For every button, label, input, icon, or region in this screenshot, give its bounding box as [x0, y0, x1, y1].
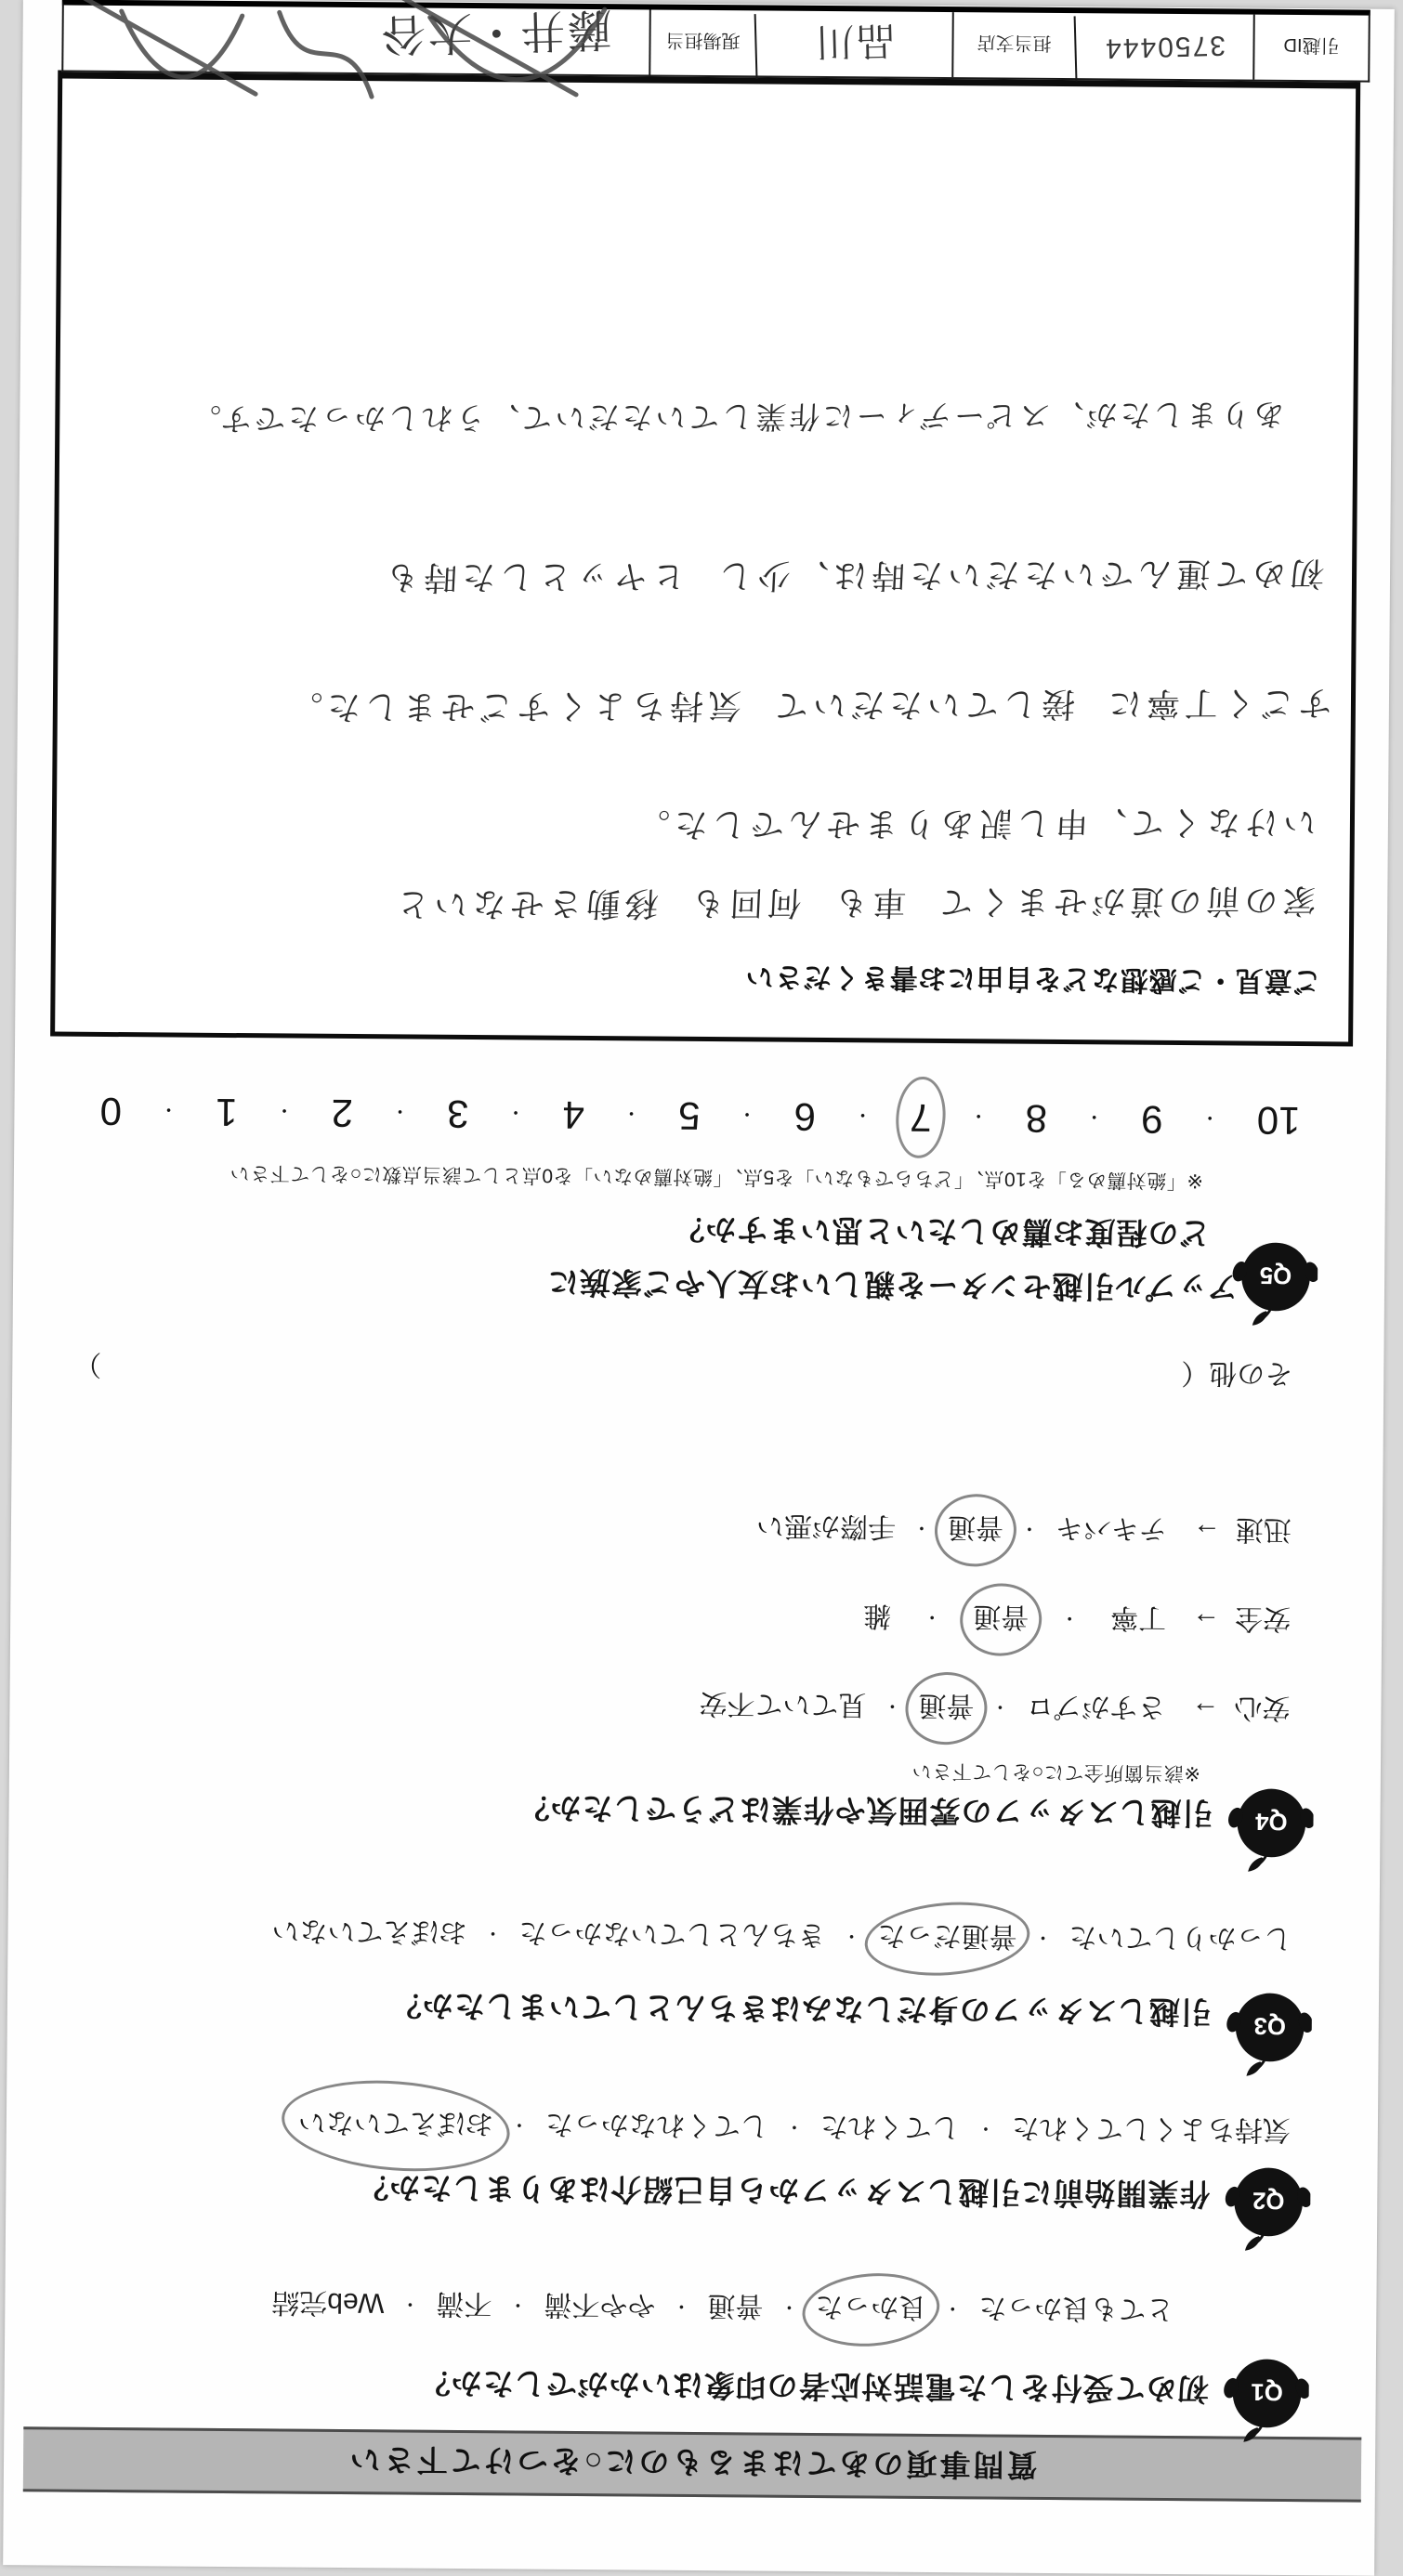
q4-other-label: その他（	[1181, 1355, 1292, 1397]
option-separator: ・	[1060, 1607, 1079, 1634]
q2-option-1: 気持ちよくしてくれた	[1012, 2111, 1291, 2153]
q3-badge-label: Q3	[1253, 2012, 1286, 2038]
nps-score-3: 3	[447, 1092, 469, 1136]
q4-row3-option-1: テキパキ	[1056, 1510, 1167, 1552]
option-separator: ・	[1033, 1926, 1052, 1953]
option-separator: ・	[780, 2295, 798, 2322]
q4-row2-option-2: 普通	[973, 1599, 1029, 1640]
q4-row3-option-3: 手際が悪い	[756, 1508, 896, 1550]
option-separator: ・	[483, 1922, 502, 1949]
q1-option-5: 不満	[436, 2286, 492, 2327]
q3-option-4: おぼえていない	[271, 1913, 466, 1955]
q4-row-jinsoku: 迅速 → テキパキ・ 普通・ 手際が悪い	[756, 1508, 1292, 1553]
scale-separator: ・	[1200, 1106, 1219, 1133]
q2-option-4: おぼえていない	[298, 2105, 493, 2148]
instruction-bar-text: 質問事項のあてはまるものに○をつけて下さい	[347, 2440, 1037, 2490]
q4-row1-option-3: 見ていて不安	[699, 1686, 866, 1728]
q1-options: とても良かった・ 良かった・ 普通・ やや不満・ 不満・ Web完結	[271, 2284, 1174, 2333]
scale-separator: ・	[275, 1099, 294, 1126]
option-separator: ・	[883, 1694, 901, 1721]
scale-separator: ・	[159, 1098, 177, 1125]
q5-title-line1: アップル引越センターを親しいお友人やご家族に	[547, 1262, 1238, 1312]
comment-box: ご意見・ご感想などを自由にお書きください 家の前の道がせまくて 車も 何回も 移…	[50, 71, 1360, 1047]
q3-option-1: しっかりしていた	[1069, 1919, 1292, 1962]
scale-separator: ・	[969, 1105, 988, 1131]
option-separator: ・	[510, 2113, 529, 2140]
q4-other-close-paren: ）	[73, 1347, 101, 1388]
scale-separator: ・	[853, 1104, 872, 1131]
nps-score-2: 2	[331, 1091, 353, 1135]
q5-mascot-icon: Q5	[1232, 1238, 1318, 1328]
q2-option-3: してくれなかった	[545, 2107, 768, 2150]
q1-option-3: 普通	[707, 2288, 763, 2329]
q1-option-2: 良かった	[815, 2289, 926, 2331]
option-separator: ・	[1020, 1517, 1039, 1544]
handwritten-line-4: 初めて運んでいただいた時は、少し ヒヤッとした時も	[380, 552, 1325, 603]
scale-separator: ・	[506, 1101, 525, 1128]
q4-title: 引越しスタッフの雰囲気や作業はどうでしたか？	[518, 1787, 1213, 1837]
option-separator: ・	[912, 1516, 931, 1543]
scale-separator: ・	[738, 1103, 756, 1130]
scale-separator: ・	[622, 1102, 640, 1129]
arrow-icon: →	[1192, 1605, 1220, 1637]
option-separator: ・	[508, 2294, 527, 2321]
q2-option-2: してくれた	[820, 2109, 960, 2151]
nps-score-1: 1	[216, 1090, 238, 1134]
q3-title: 引越しスタッフの身だしなみはきちんとしていましたか？	[390, 1985, 1212, 2035]
q4-row3-option-2: 普通	[948, 1510, 1003, 1550]
nps-score-4: 4	[562, 1092, 584, 1137]
branch-value: 品川	[754, 8, 953, 79]
handwritten-line-3: すごく丁寧に 接していただいて 気持ちよくすごせました。	[283, 681, 1333, 733]
handwritten-line-1: 家の前の道がせまくて 車も 何回も 移動させないと	[390, 879, 1317, 930]
instruction-bar: 質問事項のあてはまるものに○をつけて下さい	[23, 2426, 1362, 2502]
option-separator: ・	[785, 2115, 804, 2142]
option-separator: ・	[990, 1695, 1009, 1722]
option-separator: ・	[842, 1925, 860, 1952]
option-separator: ・	[943, 2297, 962, 2324]
q3-option-2: 普通だった	[877, 1918, 1016, 1960]
nps-score-6: 6	[793, 1094, 816, 1139]
option-separator: ・	[400, 2293, 419, 2320]
q1-title: 初めて受付をした電話対応者の印象はいかがでしたか？	[419, 2363, 1209, 2413]
q2-badge-label: Q2	[1252, 2187, 1285, 2213]
scale-separator: ・	[390, 1100, 409, 1127]
upside-down-sheet: 質問事項のあてはまるものに○をつけて下さい Q1 初めて受付をした電話対応者の印…	[0, 0, 1403, 2576]
q4-row2-option-1: 丁寧	[1110, 1600, 1166, 1641]
q3-mascot-icon: Q3	[1226, 1989, 1312, 2079]
q4-row1-category: 安心	[1234, 1691, 1290, 1732]
option-separator: ・	[672, 2295, 690, 2321]
nps-scale: 10・ 9・ 8・ 7・ 6・ 5・ 4・ 3・ 2・ 1・ 0	[99, 1089, 1300, 1143]
q4-row-anshin: 安心 → さすがプロ・ 普通・ 見ていて不安	[699, 1686, 1290, 1732]
q4-row-anzen: 安全 → 丁寧・ 普通・ 雑	[863, 1598, 1291, 1642]
q3-options: しっかりしていた・ 普通だった・ きちんとしていなかった・ おぼえていない	[271, 1913, 1292, 1962]
arrow-icon: →	[1193, 1516, 1221, 1548]
nps-score-9: 9	[1141, 1097, 1163, 1142]
q1-option-6: Web完結	[271, 2284, 384, 2326]
nps-score-7: 7	[910, 1095, 932, 1140]
signature-flourish-icon	[46, 0, 679, 112]
option-separator: ・	[977, 2117, 995, 2144]
nps-score-8: 8	[1026, 1096, 1048, 1141]
scanned-survey-screenshot: 質問事項のあてはまるものに○をつけて下さい Q1 初めて受付をした電話対応者の印…	[0, 0, 1403, 2576]
nps-score-0: 0	[99, 1089, 122, 1133]
option-separator: ・	[923, 1605, 941, 1632]
nps-score-10: 10	[1257, 1098, 1301, 1143]
q1-mascot-icon: Q1	[1223, 2355, 1309, 2445]
q4-badge-label: Q4	[1254, 1808, 1287, 1834]
comment-box-label: ご意見・ご感想などを自由にお書きください	[744, 959, 1320, 1004]
q5-badge-label: Q5	[1260, 1262, 1292, 1288]
q1-option-4: やや不満	[544, 2287, 655, 2329]
q2-options: 気持ちよくしてくれた・ してくれた・ してくれなかった・ おぼえていない	[298, 2105, 1291, 2153]
q2-title: 作業開始前に引越しスタッフから自己紹介はありましたか？	[357, 2167, 1210, 2217]
q5-title-line2: どの程度お薦めしたいと思いますか？	[673, 1210, 1210, 1258]
handwritten-line-5: ありましたが、スピーディーに作業していただいて、うれしかったです。	[186, 395, 1285, 443]
nps-score-5: 5	[678, 1093, 701, 1138]
q2-mascot-icon: Q2	[1225, 2164, 1311, 2254]
q3-option-3: きちんとしていなかった	[518, 1915, 825, 1958]
q4-row2-category: 安全	[1235, 1602, 1291, 1642]
branch-label: 担当支店	[951, 12, 1075, 78]
q1-option-1: とても良かった	[978, 2290, 1174, 2333]
q1-badge-label: Q1	[1251, 2378, 1283, 2404]
move-id-label: 引越ID	[1252, 15, 1369, 81]
q4-other-close: ）	[73, 1347, 101, 1388]
q4-row2-option-3: 雑	[863, 1598, 891, 1639]
q4-note: ※該当箇所全てに○をして下さい	[911, 1759, 1200, 1788]
move-id-value: 3750444	[1074, 11, 1254, 81]
scale-separator: ・	[1085, 1105, 1104, 1132]
handwritten-line-2: いけなくて、申し訳ありませんでした。	[630, 801, 1318, 851]
arrow-icon: →	[1191, 1694, 1219, 1726]
q4-row1-option-2: 普通	[918, 1688, 974, 1729]
q4-other-open: その他（	[1181, 1355, 1292, 1397]
q4-row3-category: 迅速	[1236, 1512, 1292, 1553]
q4-row1-option-1: さすがプロ	[1026, 1689, 1165, 1731]
q4-mascot-icon: Q4	[1227, 1785, 1314, 1875]
